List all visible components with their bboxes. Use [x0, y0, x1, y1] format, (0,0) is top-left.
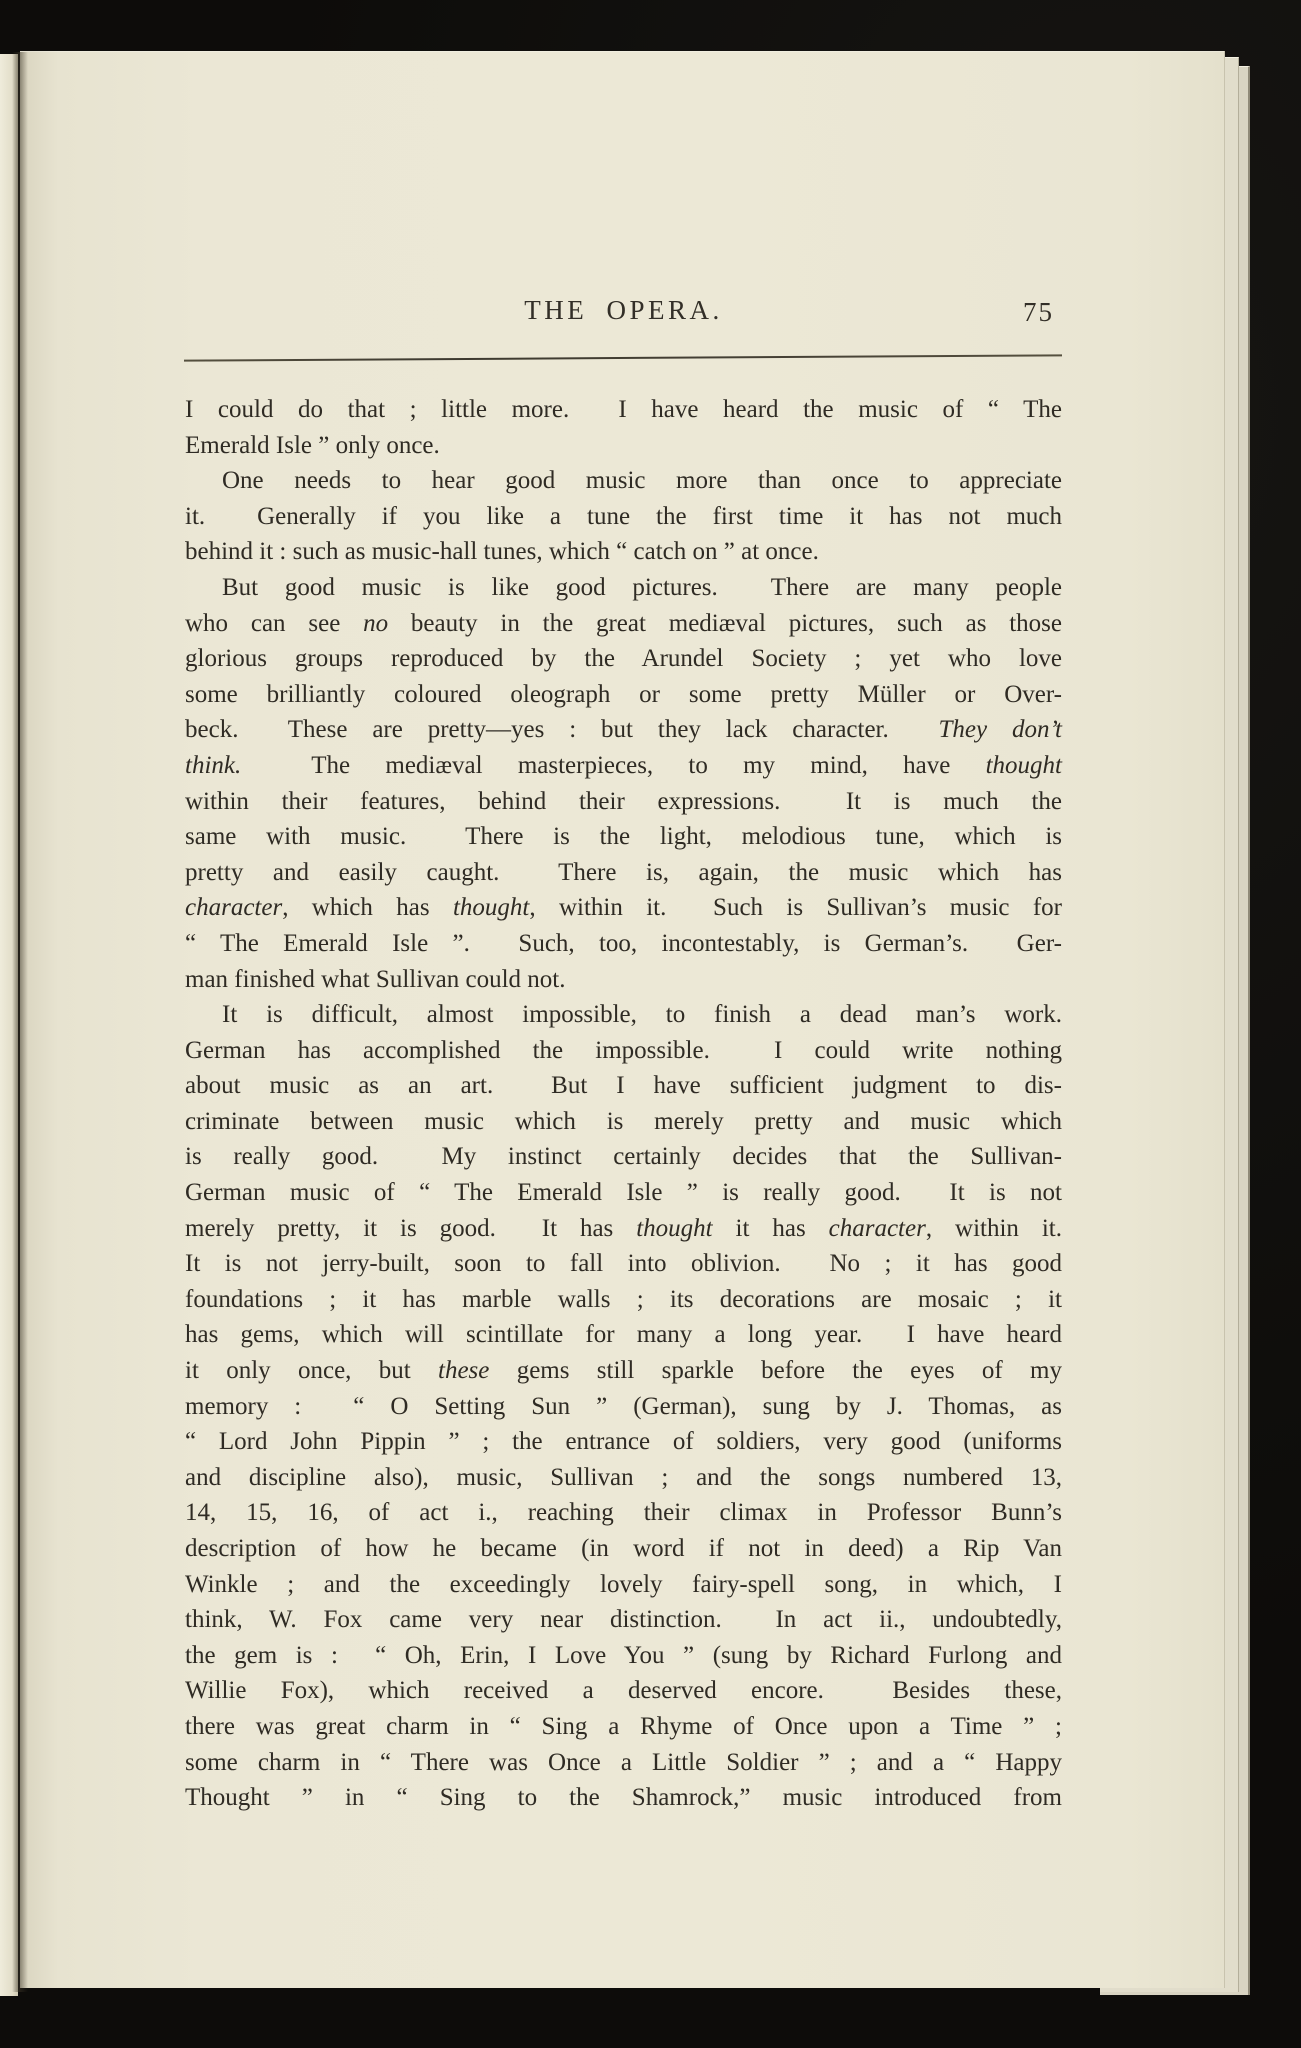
text-line: it. Generally if you like a tune the fir…	[185, 499, 1062, 535]
text-line: foundations ; it has marble walls ; its …	[185, 1282, 1062, 1318]
text-line: German music of “ The Emerald Isle ” is …	[185, 1175, 1062, 1211]
text-line: is really good. My instinct certainly de…	[185, 1139, 1062, 1175]
text-line: merely pretty, it is good. It has though…	[185, 1211, 1062, 1247]
text-line: think, W. Fox came very near distinction…	[185, 1602, 1062, 1638]
text-line: One needs to hear good music more than o…	[185, 463, 1062, 499]
text-line: memory : “ O Setting Sun ” (German), sun…	[185, 1389, 1062, 1425]
text-line: Emerald Isle ” only once.	[185, 428, 1062, 464]
book-page: THE OPERA. 75 I could do that ; little m…	[20, 51, 1225, 1988]
text-line: It is difficult, almost impossible, to f…	[185, 997, 1062, 1033]
text-line: Winkle ; and the exceedingly lovely fair…	[185, 1567, 1062, 1603]
text-line: some charm in “ There was Once a Little …	[185, 1745, 1062, 1781]
text-line: I could do that ; little more. I have he…	[185, 392, 1062, 428]
text-line: there was great charm in “ Sing a Rhyme …	[185, 1709, 1062, 1745]
running-header: THE OPERA. 75	[185, 295, 1062, 329]
text-line: about music as an art. But I have suffic…	[185, 1068, 1062, 1104]
text-line: who can see no beauty in the great mediæ…	[185, 606, 1062, 642]
page-number: 75	[1023, 297, 1054, 328]
header-rule	[184, 354, 1062, 361]
text-line: beck. These are pretty—yes : but they la…	[185, 712, 1062, 748]
text-line: has gems, which will scintillate for man…	[185, 1317, 1062, 1353]
text-line: glorious groups reproduced by the Arunde…	[185, 641, 1062, 677]
text-line: Thought ” in “ Sing to the Shamrock,” mu…	[185, 1780, 1062, 1816]
text-line: it only once, but these gems still spark…	[185, 1353, 1062, 1389]
text-line: character, which has thought, within it.…	[185, 890, 1062, 926]
page-body: I could do that ; little more. I have he…	[185, 392, 1062, 1816]
text-line: description of how he became (in word if…	[185, 1531, 1062, 1567]
text-line: some brilliantly coloured oleograph or s…	[185, 677, 1062, 713]
text-line: “ The Emerald Isle ”. Such, too, inconte…	[185, 926, 1062, 962]
facing-page-sliver	[0, 54, 18, 1996]
text-line: pretty and easily caught. There is, agai…	[185, 855, 1062, 891]
text-line: the gem is : “ Oh, Erin, I Love You ” (s…	[185, 1638, 1062, 1674]
text-line: behind it : such as music-hall tunes, wh…	[185, 534, 1062, 570]
text-line: within their features, behind their expr…	[185, 784, 1062, 820]
text-line: German has accomplished the impossible. …	[185, 1033, 1062, 1069]
text-line: Willie Fox), which received a deserved e…	[185, 1673, 1062, 1709]
text-line: It is not jerry-built, soon to fall into…	[185, 1246, 1062, 1282]
text-line: same with music. There is the light, mel…	[185, 819, 1062, 855]
text-line: 14, 15, 16, of act i., reaching their cl…	[185, 1495, 1062, 1531]
text-line: think. The mediæval masterpieces, to my …	[185, 748, 1062, 784]
text-line: But good music is like good pictures. Th…	[185, 570, 1062, 606]
running-header-title: THE OPERA.	[185, 295, 1062, 326]
text-line: “ Lord John Pippin ” ; the entrance of s…	[185, 1424, 1062, 1460]
text-line: man finished what Sullivan could not.	[185, 962, 1062, 998]
text-line: and discipline also), music, Sullivan ; …	[185, 1460, 1062, 1496]
text-line: criminate between music which is merely …	[185, 1104, 1062, 1140]
